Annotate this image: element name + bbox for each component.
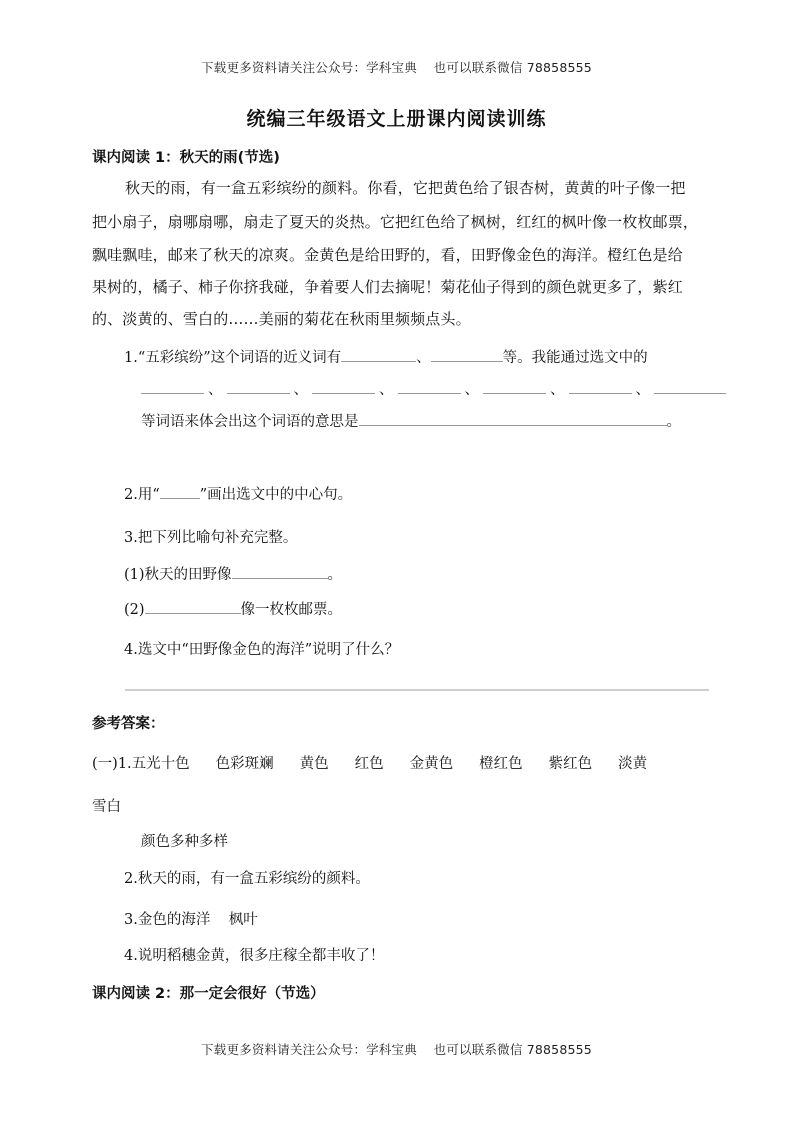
period: 。 (667, 414, 682, 430)
passage-line: 把小扇子，扇哪扇哪，扇走了夏天的炎热。它把红色给了枫树，红红的枫叶像一枚枚邮票， (92, 211, 698, 232)
question-3-sub-1-prefix: (1)秋天的田野像 (124, 567, 232, 583)
answer-word: 色彩斑斓 (216, 752, 274, 773)
answer-3: 3.金色的海洋 枫叶 (124, 908, 258, 929)
answer-word: 黄色 (300, 752, 329, 773)
answer-blank[interactable] (141, 379, 204, 394)
answer-word: 五光十色 (132, 752, 190, 773)
answer-word: 橙红色 (479, 752, 523, 773)
passage-line: 果树的，橘子、柿子你挤我碰，争着要人们去摘呢！菊花仙子得到的颜色就更多了，紫红 (92, 276, 683, 297)
separator: 、 (550, 382, 565, 398)
answer-blank[interactable] (569, 379, 632, 394)
question-3-sub-2-prefix: (2) (124, 602, 145, 618)
answer-blank[interactable] (312, 379, 375, 394)
answer-blank[interactable] (398, 379, 461, 394)
answer-1-row: (一)1.五光十色色彩斑斓黄色红色金黄色橙红色紫红色淡黄 (92, 752, 647, 773)
answer-blank[interactable] (232, 564, 328, 579)
answer-word: 紫红色 (549, 752, 593, 773)
answer-blank[interactable] (359, 411, 667, 426)
answer-blank[interactable] (227, 379, 290, 394)
question-1-text-a: 1.“五彩缤纷”这个词语的近义词有 (124, 350, 341, 366)
separator: 、 (416, 350, 431, 366)
answers-heading: 参考答案： (92, 712, 165, 733)
question-1-line-2: 、、、、、、 (141, 378, 726, 399)
section-1-heading: 课内阅读 1：秋天的雨(节选) (92, 146, 280, 167)
separator: 、 (636, 382, 651, 398)
answer-2: 2.秋天的雨，有一盒五彩缤纷的颜料。 (124, 867, 370, 888)
document-title: 统编三年级语文上册课内阅读训练 (0, 104, 793, 131)
section-2-heading: 课内阅读 2：那一定会很好（节选） (92, 982, 325, 1003)
separator: 、 (465, 382, 480, 398)
answer-blank[interactable] (431, 347, 503, 362)
question-3-sub-2: (2)像一枚枚邮票。 (124, 598, 342, 619)
question-1-line-3: 等词语来体会出这个词语的意思是。 (141, 410, 681, 431)
answer-word: 淡黄 (618, 752, 647, 773)
question-1-text-b: 等。我能通过选文中的 (503, 350, 648, 366)
passage-line: 秋天的雨，有一盒五彩缤纷的颜料。你看，它把黄色给了银杏树，黄黄的叶子像一把 (125, 177, 686, 198)
answer-word: 金黄色 (410, 752, 454, 773)
answer-1-meaning: 颜色多种多样 (141, 830, 228, 851)
answer-word: 红色 (355, 752, 384, 773)
answer-blank[interactable] (654, 379, 726, 394)
passage-line: 的、淡黄的、雪白的……美丽的菊花在秋雨里频频点头。 (92, 308, 471, 329)
answer-1-prefix: (一)1. (92, 752, 132, 773)
header-note: 下载更多资料请关注公众号：学科宝典 也可以联系微信 78858555 (0, 58, 793, 76)
question-2-prefix: 2.用“ (124, 487, 160, 503)
separator: 、 (294, 382, 309, 398)
answer-blank[interactable] (145, 599, 241, 614)
answer-1-wrap: 雪白 (92, 795, 121, 816)
question-3-sub-2-suffix: 像一枚枚邮票。 (241, 602, 343, 618)
question-1-text-c: 等词语来体会出这个词语的意思是 (141, 414, 359, 430)
question-2: 2.用“”画出选文中的中心句。 (124, 483, 352, 504)
question-2-suffix: ”画出选文中的中心句。 (200, 487, 352, 503)
question-4: 4.选文中“田野像金色的海洋”说明了什么？ (124, 638, 399, 659)
footer-note: 下载更多资料请关注公众号：学科宝典 也可以联系微信 78858555 (0, 1040, 793, 1058)
question-1-line-1: 1.“五彩缤纷”这个词语的近义词有、等。我能通过选文中的 (124, 346, 648, 367)
passage-line: 飘哇飘哇，邮来了秋天的凉爽。金黄色是给田野的，看，田野像金色的海洋。橙红色是给 (92, 244, 683, 265)
answer-blank[interactable] (483, 379, 546, 394)
separator: 、 (208, 382, 223, 398)
question-3: 3.把下列比喻句补充完整。 (124, 526, 297, 547)
section-divider (125, 689, 709, 691)
answer-blank[interactable] (341, 347, 416, 362)
answer-4: 4.说明稻穗金黄，很多庄稼全都丰收了！ (124, 944, 384, 965)
question-3-sub-1: (1)秋天的田野像。 (124, 563, 342, 584)
period: 。 (328, 567, 343, 583)
underline-sample (160, 484, 200, 499)
separator: 、 (379, 382, 394, 398)
